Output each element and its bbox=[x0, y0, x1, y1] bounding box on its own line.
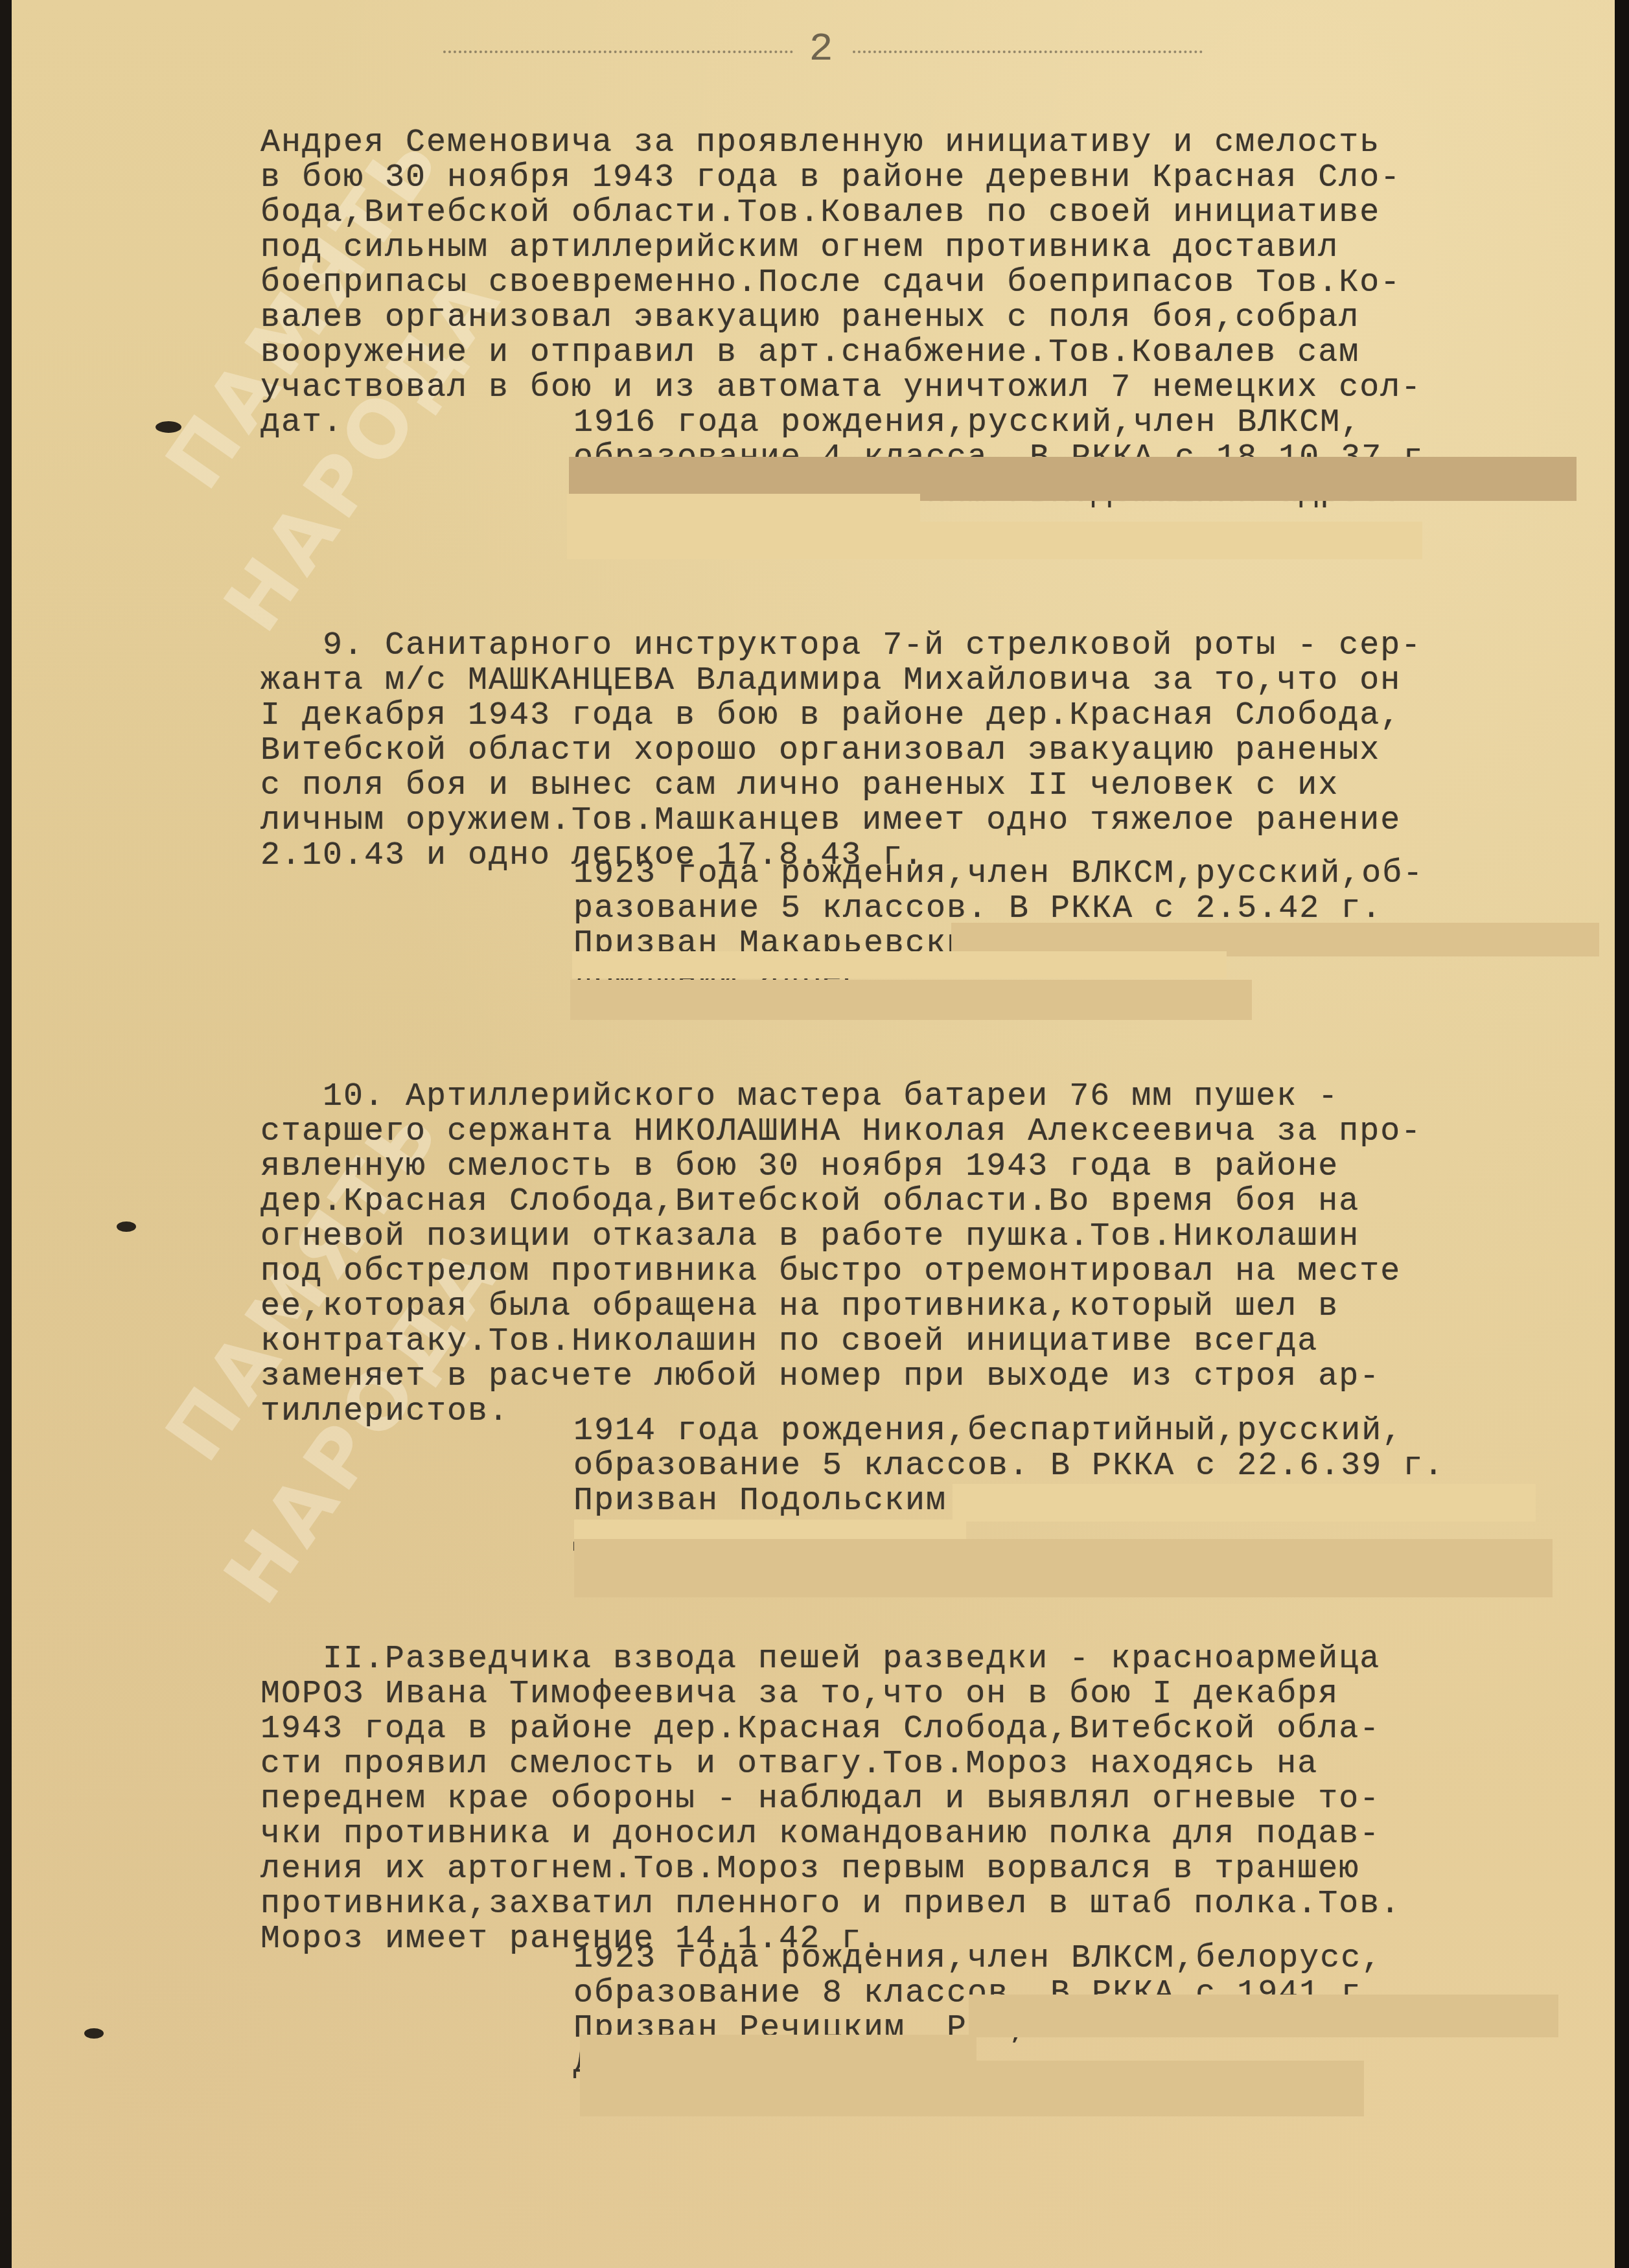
text-line: I декабря 1943 года в бою в районе дер.К… bbox=[260, 699, 1422, 734]
text-line: 9. Санитарного инструктора 7-й стрелково… bbox=[260, 629, 1422, 664]
text-line: под сильным артиллерийским огнем противн… bbox=[260, 231, 1422, 266]
punch-hole bbox=[117, 1221, 136, 1232]
bio-line: образование 5 классов. В РККА с 22.6.39 … bbox=[573, 1449, 1444, 1484]
bio-line: 1914 года рождения,беспартийный,русский, bbox=[573, 1414, 1444, 1449]
redaction-block bbox=[570, 980, 1252, 1020]
text-line: огневой позиции отказала в работе пушка.… bbox=[260, 1220, 1422, 1255]
text-line: ления их артогнем.Тов.Мороз первым ворва… bbox=[260, 1852, 1401, 1887]
text-line: Андрея Семеновича за проявленную инициат… bbox=[260, 126, 1422, 161]
text-line: 10. Артиллерийского мастера батареи 76 м… bbox=[260, 1080, 1422, 1115]
bleed-through-text bbox=[168, 2132, 492, 2158]
redaction-block bbox=[580, 2061, 1364, 2116]
page-header: 2 bbox=[402, 26, 1244, 65]
redaction-block bbox=[953, 1484, 1536, 1522]
bio-line: 1916 года рождения,русский,член ВЛКСМ, bbox=[573, 406, 1444, 441]
redaction-block bbox=[574, 1520, 966, 1540]
text-line: II.Разведчика взвода пешей разведки - кр… bbox=[260, 1642, 1401, 1677]
page-number: 2 bbox=[809, 26, 837, 72]
text-line: в бою 30 ноября 1943 года в районе дерев… bbox=[260, 161, 1422, 196]
text-line: вооружение и отправил в арт.снабжение.То… bbox=[260, 336, 1422, 371]
text-line: 1943 года в районе дер.Красная Слобода,В… bbox=[260, 1712, 1401, 1747]
redaction-block bbox=[572, 951, 1227, 978]
bio-line: 1923 года рождения,член ВЛКСМ,белорусс, bbox=[573, 1941, 1403, 1976]
header-dash-right bbox=[853, 51, 1203, 53]
bio-line: разование 5 классов. В РККА с 2.5.42 г. bbox=[573, 892, 1465, 927]
bio-line: 1923 года рождения,член ВЛКСМ,русский,об… bbox=[573, 857, 1465, 892]
text-line: бода,Витебской области.Тов.Ковалев по св… bbox=[260, 196, 1422, 231]
punch-hole bbox=[156, 421, 181, 433]
text-line: с поля боя и вынес сам лично раненых II … bbox=[260, 769, 1422, 804]
text-line: жанта м/с МАШКАНЦЕВА Владимира Михайлови… bbox=[260, 664, 1422, 699]
redaction-block bbox=[574, 1539, 1553, 1597]
text-line: валев организовал эвакуацию раненых с по… bbox=[260, 301, 1422, 336]
text-line: боеприпасы своевременно.После сдачи боеп… bbox=[260, 266, 1422, 301]
text-line: явленную смелость в бою 30 ноября 1943 г… bbox=[260, 1150, 1422, 1185]
text-line: чки противника и доносил командованию по… bbox=[260, 1817, 1401, 1852]
header-dash-left bbox=[443, 51, 793, 53]
scan-edge bbox=[1615, 0, 1629, 2268]
text-line: под обстрелом противника быстро отремонт… bbox=[260, 1255, 1422, 1290]
text-line: контратаку.Тов.Николашин по своей инициа… bbox=[260, 1325, 1422, 1360]
text-line: старшего сержанта НИКОЛАШИНА Николая Але… bbox=[260, 1115, 1422, 1150]
text-line: сти проявил смелость и отвагу.Тов.Мороз … bbox=[260, 1747, 1401, 1782]
redaction-block bbox=[969, 1995, 1558, 2037]
text-line: дер.Красная Слобода,Витебской области.Во… bbox=[260, 1185, 1422, 1220]
punch-hole bbox=[84, 2028, 104, 2039]
text-line: Витебской области хорошо организовал эва… bbox=[260, 734, 1422, 769]
text-line: МОРОЗ Ивана Тимофеевича за то,что он в б… bbox=[260, 1677, 1401, 1712]
text-line: переднем крае обороны - наблюдал и выявл… bbox=[260, 1782, 1401, 1817]
redaction-block bbox=[567, 522, 1422, 559]
text-line: ее,которая была обращена на противника,к… bbox=[260, 1290, 1422, 1325]
